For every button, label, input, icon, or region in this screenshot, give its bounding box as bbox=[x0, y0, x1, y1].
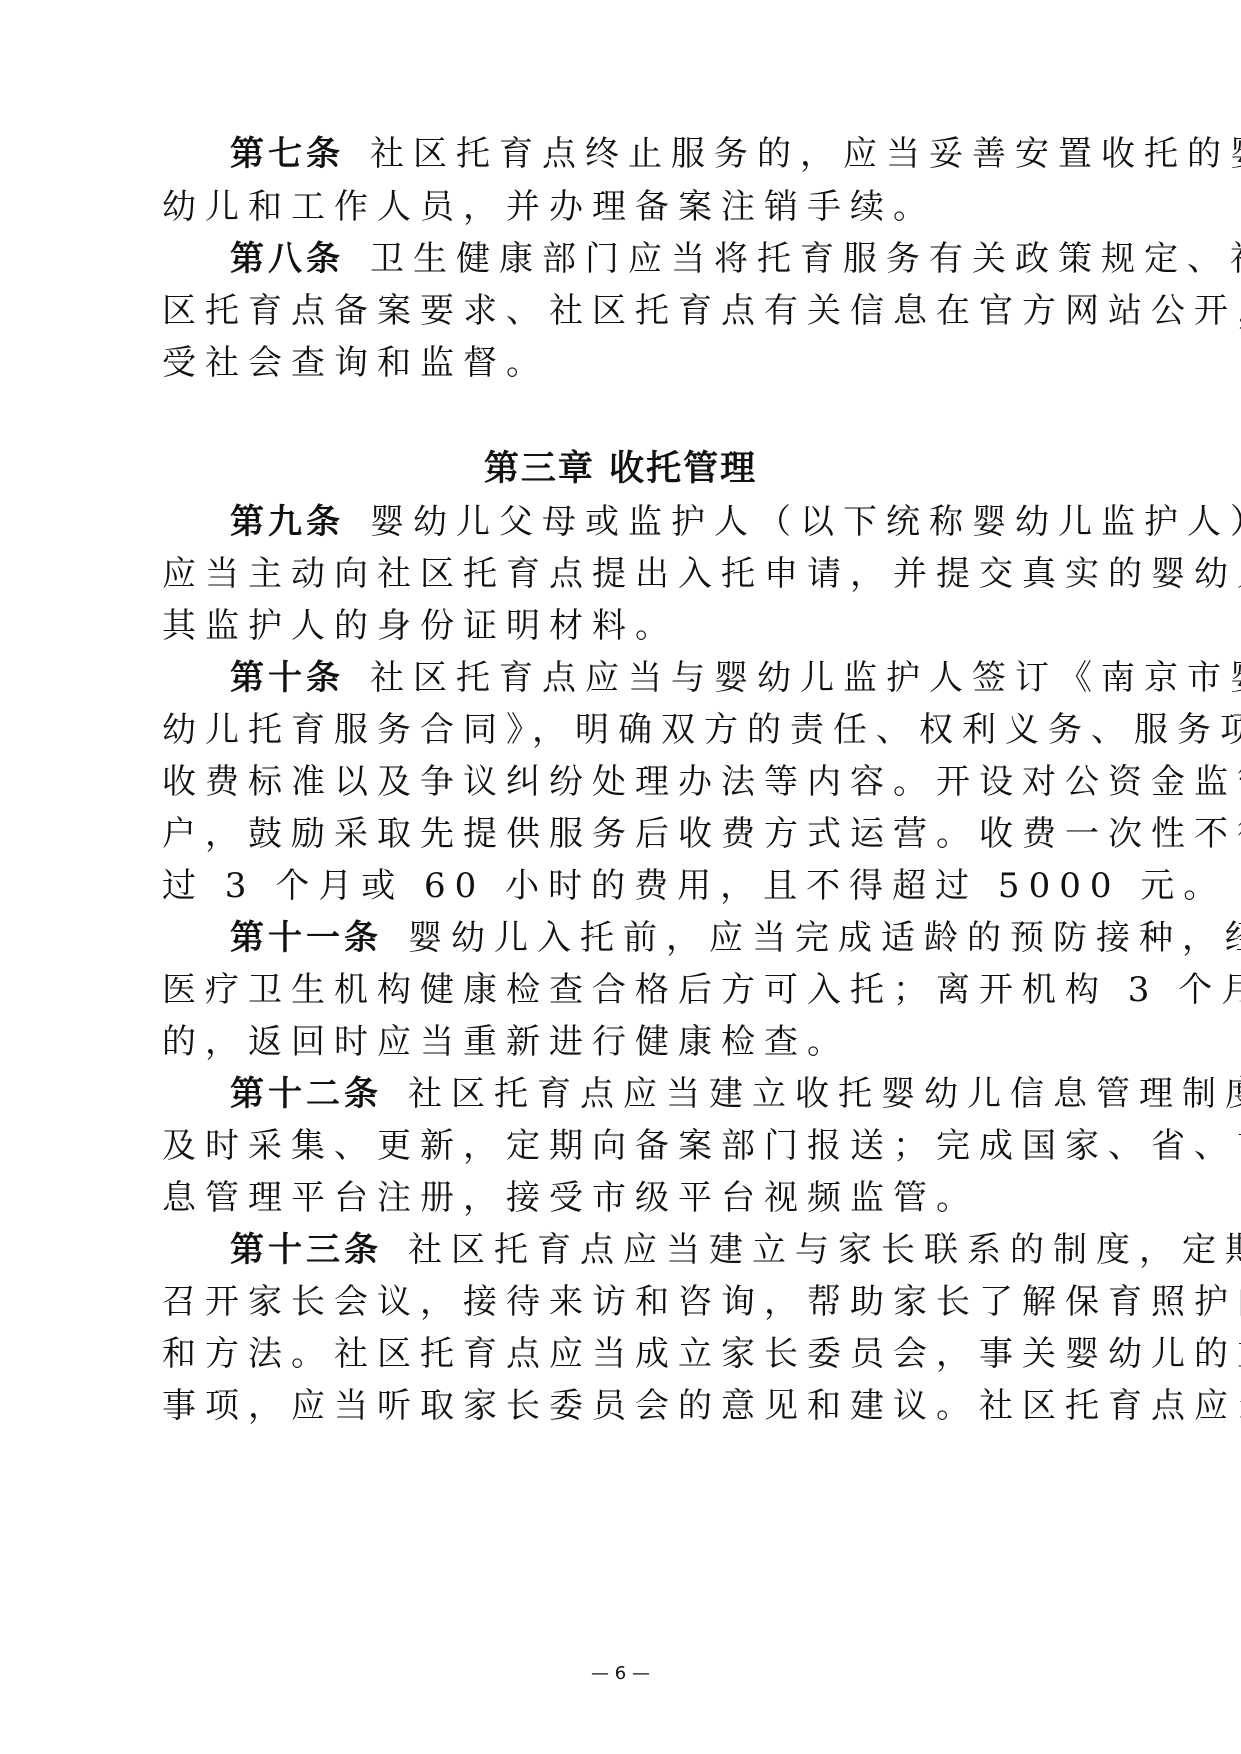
article-10-text: 社区托育点应当与婴幼儿监护人签订《南京市婴 bbox=[370, 658, 1241, 698]
article-11-line-3: 的，返回时应当重新进行健康检查。 bbox=[162, 1014, 1072, 1070]
article-10-line-2: 幼儿托育服务合同》，明确双方的责任、权利义务、服务项目、 bbox=[162, 702, 1072, 758]
article-10-line-5: 过 3 个月或 60 小时的费用，且不得超过 5000 元。 bbox=[162, 858, 1072, 914]
article-9-label: 第九条 bbox=[230, 502, 344, 542]
article-11-text: 婴幼儿入托前，应当完成适龄的预防接种，经 bbox=[408, 918, 1241, 958]
document-page: 第七条社区托育点终止服务的，应当妥善安置收托的婴 幼儿和工作人员，并办理备案注销… bbox=[0, 0, 1241, 1754]
article-9-line-2: 应当主动向社区托育点提出入托申请，并提交真实的婴幼儿及 bbox=[162, 546, 1072, 602]
article-12-line-3: 息管理平台注册，接受市级平台视频监管。 bbox=[162, 1170, 1072, 1226]
article-10-label: 第十条 bbox=[230, 658, 344, 698]
article-9-line-1: 第九条婴幼儿父母或监护人（以下统称婴幼儿监护人） bbox=[230, 494, 1140, 550]
article-12-line-1: 第十二条社区托育点应当建立收托婴幼儿信息管理制度， bbox=[230, 1066, 1140, 1122]
article-8-text: 卫生健康部门应当将托育服务有关政策规定、社 bbox=[370, 239, 1241, 279]
article-11-line-1: 第十一条婴幼儿入托前，应当完成适龄的预防接种，经 bbox=[230, 910, 1140, 966]
article-12-line-2: 及时采集、更新，定期向备案部门报送；完成国家、省、市信 bbox=[162, 1118, 1072, 1174]
article-13-line-3: 和方法。社区托育点应当成立家长委员会，事关婴幼儿的重要 bbox=[162, 1326, 1072, 1382]
article-10-line-1: 第十条社区托育点应当与婴幼儿监护人签订《南京市婴 bbox=[230, 650, 1140, 706]
article-12-label: 第十二条 bbox=[230, 1074, 382, 1114]
article-13-label: 第十三条 bbox=[230, 1230, 382, 1270]
article-7-text: 社区托育点终止服务的，应当妥善安置收托的婴 bbox=[370, 134, 1241, 174]
article-9-text: 婴幼儿父母或监护人（以下统称婴幼儿监护人） bbox=[370, 502, 1241, 542]
article-7-line-1: 第七条社区托育点终止服务的，应当妥善安置收托的婴 bbox=[230, 126, 1140, 182]
article-13-line-2: 召开家长会议，接待来访和咨询，帮助家长了解保育照护内容 bbox=[162, 1274, 1072, 1330]
article-10-line-4: 户，鼓励采取先提供服务后收费方式运营。收费一次性不得超 bbox=[162, 806, 1072, 862]
article-12-text: 社区托育点应当建立收托婴幼儿信息管理制度， bbox=[408, 1074, 1241, 1114]
article-11-label: 第十一条 bbox=[230, 918, 382, 958]
article-13-text: 社区托育点应当建立与家长联系的制度，定期 bbox=[408, 1230, 1241, 1270]
article-10-line-3: 收费标准以及争议纠纷处理办法等内容。开设对公资金监管帐 bbox=[162, 754, 1072, 810]
article-7-line-2: 幼儿和工作人员，并办理备案注销手续。 bbox=[162, 179, 1072, 235]
article-11-line-2: 医疗卫生机构健康检查合格后方可入托；离开机构 3 个月以上 bbox=[162, 962, 1072, 1018]
article-13-line-1: 第十三条社区托育点应当建立与家长联系的制度，定期 bbox=[230, 1222, 1140, 1278]
page-number: — 6 — bbox=[0, 1662, 1241, 1686]
article-7-label: 第七条 bbox=[230, 134, 344, 174]
article-8-label: 第八条 bbox=[230, 239, 344, 279]
article-8-line-1: 第八条卫生健康部门应当将托育服务有关政策规定、社 bbox=[230, 231, 1140, 287]
article-13-line-4: 事项，应当听取家长委员会的意见和建议。社区托育点应当建 bbox=[162, 1378, 1072, 1434]
article-9-line-3: 其监护人的身份证明材料。 bbox=[162, 598, 1072, 654]
chapter-title: 第三章 收托管理 bbox=[0, 441, 1241, 497]
article-8-line-3: 受社会查询和监督。 bbox=[162, 335, 1072, 391]
article-8-line-2: 区托育点备案要求、社区托育点有关信息在官方网站公开，接 bbox=[162, 283, 1072, 339]
